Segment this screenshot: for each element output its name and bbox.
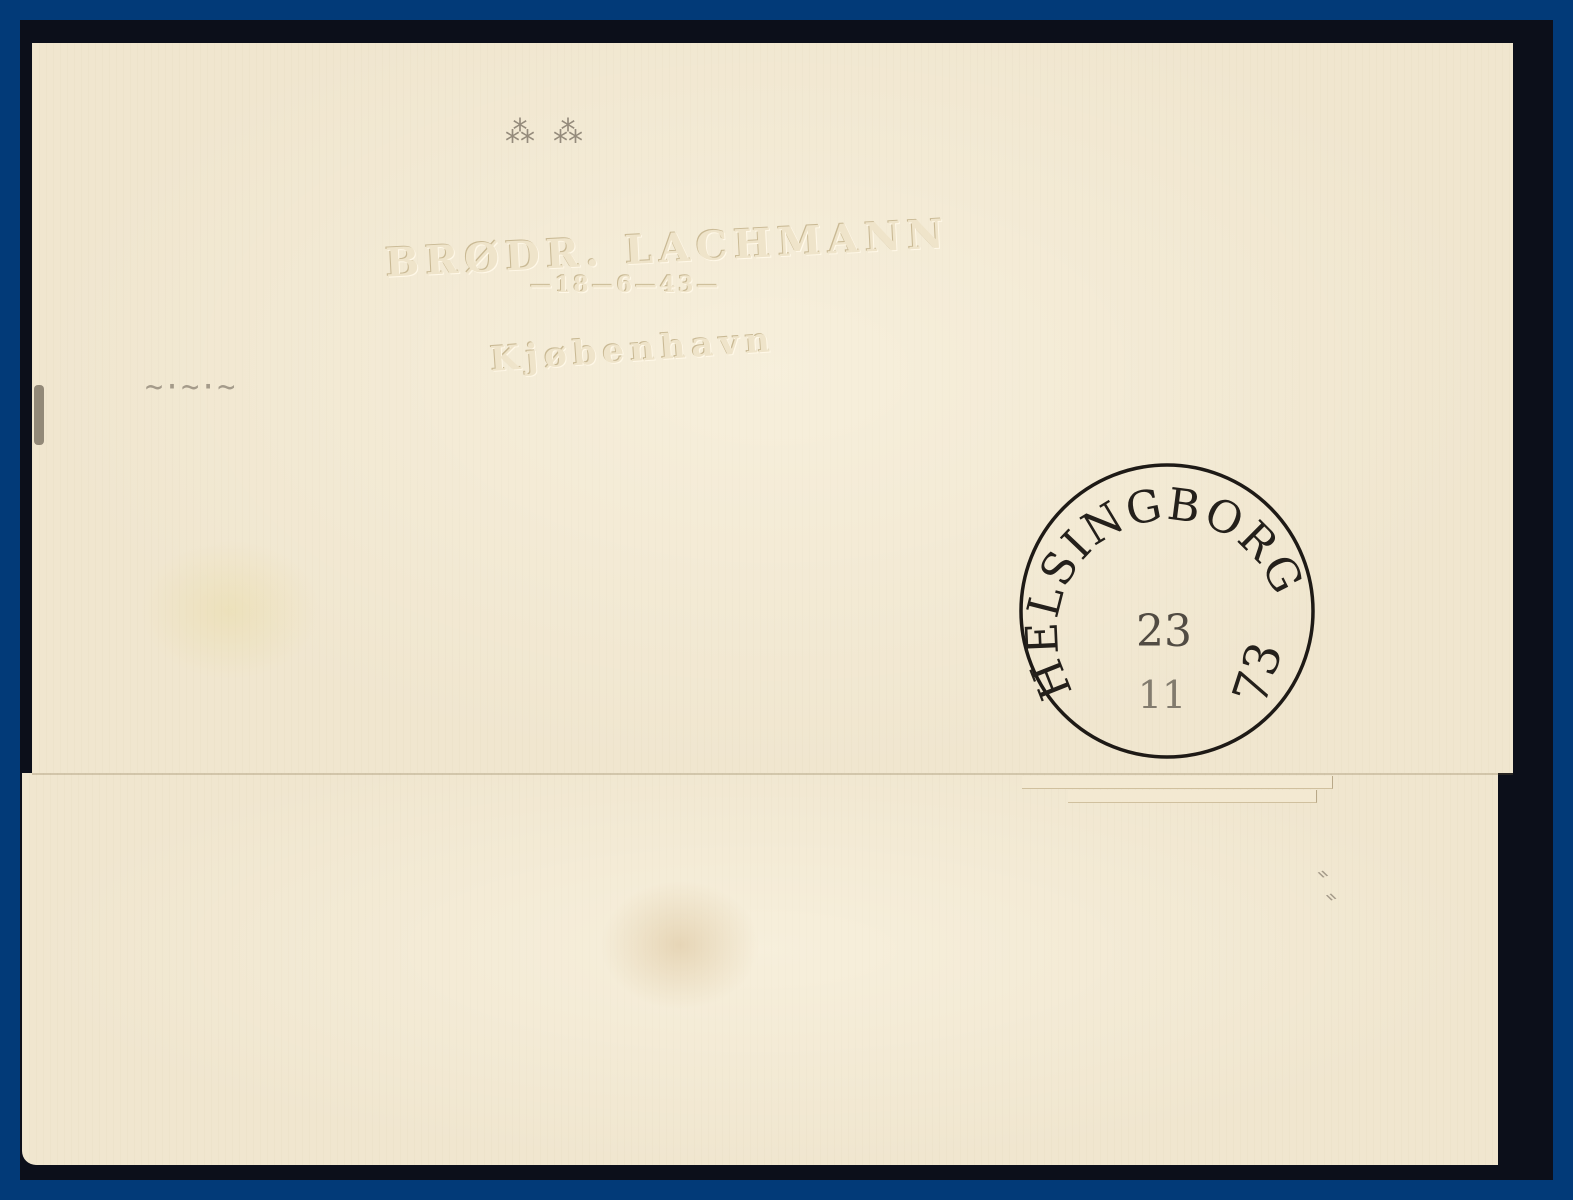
ink-smudge [34,385,44,445]
postmark-month: 11 [1138,673,1186,717]
faint-ink-mark-top: ⁂ ⁂ [505,115,583,150]
inner-sheet-edge [1022,776,1333,789]
toning-stain [140,540,320,680]
postmark-helsingborg: HELSINGBORG 23 73 11 [1012,456,1322,766]
embossed-ornament: —18—6—43— [530,272,722,298]
letter-lower-panel [22,773,1498,1165]
foxing-stain [600,880,760,1010]
postmark-day: 23 [1136,606,1192,657]
postmark-circle-icon: HELSINGBORG 23 73 11 [1012,456,1322,766]
faint-ink-mark-left: ~·~·~ [145,370,235,405]
inner-sheet-edge [1068,790,1317,803]
